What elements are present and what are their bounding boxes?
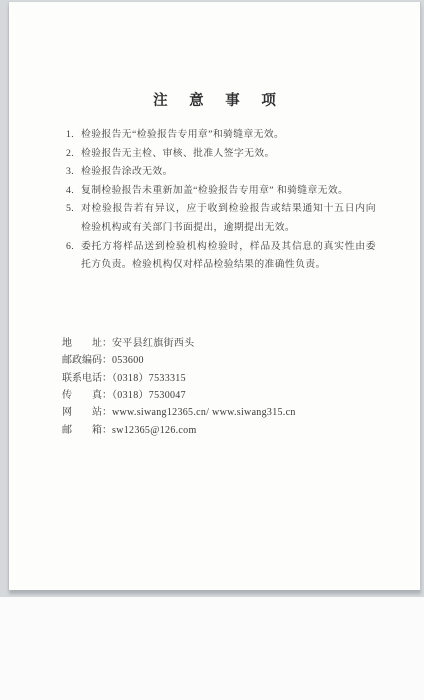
contact-label: 传 真： (62, 390, 112, 401)
contact-label: 邮政编码： (62, 355, 112, 366)
contact-value: sw12365@126.com (112, 425, 197, 436)
contact-value: www.siwang12365.cn/ www.siwang315.cn (112, 407, 296, 418)
notice-text: 对检验报告若有异议，应于收到检验报告或结果通知十五日内向检验机构或有关部门书面提… (81, 203, 376, 233)
contact-row-website: 网 站：www.siwang12365.cn/ www.siwang315.cn (62, 404, 390, 421)
notice-item: 5. 对检验报告若有异议，应于收到检验报告或结果通知十五日内向检验机构或有关部门… (66, 200, 376, 237)
contact-info: 地 址：安平县红旗街西头 邮政编码：053600 联系电话：（0318）7533… (62, 335, 390, 439)
scan-margin (0, 597, 424, 700)
contact-value: 安平县红旗街西头 (112, 338, 194, 349)
contact-row-postcode: 邮政编码：053600 (62, 352, 390, 369)
notice-text: 复制检验报告未重新加盖“检验报告专用章” 和骑缝章无效。 (81, 185, 348, 196)
contact-label: 邮 箱： (62, 425, 112, 436)
notice-number: 6. (66, 238, 74, 257)
contact-value: 053600 (112, 355, 144, 366)
notice-number: 2. (66, 145, 74, 164)
notice-number: 3. (66, 163, 74, 182)
contact-label: 地 址： (62, 338, 112, 349)
contact-row-fax: 传 真：（0318）7530047 (62, 387, 390, 404)
notice-item: 2. 检验报告无主检、审核、批准人签字无效。 (66, 145, 376, 164)
notice-list: 1. 检验报告无“检验报告专用章”和骑缝章无效。 2. 检验报告无主检、审核、批… (66, 126, 376, 275)
contact-label: 网 站： (62, 407, 112, 418)
contact-label: 联系电话： (62, 373, 112, 384)
contact-value: （0318）7533315 (112, 373, 186, 384)
document-page: 注 意 事 项 1. 检验报告无“检验报告专用章”和骑缝章无效。 2. 检验报告… (9, 2, 421, 590)
contact-value: （0318）7530047 (112, 390, 186, 401)
notice-item: 3. 检验报告涂改无效。 (66, 163, 376, 182)
notice-text: 检验报告无主检、审核、批准人签字无效。 (81, 148, 275, 159)
notice-number: 1. (66, 126, 74, 145)
contact-row-email: 邮 箱：sw12365@126.com (62, 422, 390, 439)
notice-item: 6. 委托方将样品送到检验机构检验时，样品及其信息的真实性由委托方负责。检验机构… (66, 238, 376, 275)
page-title: 注 意 事 项 (9, 89, 420, 110)
notice-number: 5. (66, 200, 74, 219)
notice-number: 4. (66, 182, 74, 201)
notice-text: 检验报告无“检验报告专用章”和骑缝章无效。 (81, 129, 284, 140)
contact-row-phone: 联系电话：（0318）7533315 (62, 370, 390, 387)
notice-text: 委托方将样品送到检验机构检验时，样品及其信息的真实性由委托方负责。检验机构仅对样… (81, 241, 376, 271)
notice-text: 检验报告涂改无效。 (81, 166, 173, 177)
notice-item: 4. 复制检验报告未重新加盖“检验报告专用章” 和骑缝章无效。 (66, 182, 376, 201)
contact-row-address: 地 址：安平县红旗街西头 (62, 335, 390, 352)
notice-item: 1. 检验报告无“检验报告专用章”和骑缝章无效。 (66, 126, 376, 145)
